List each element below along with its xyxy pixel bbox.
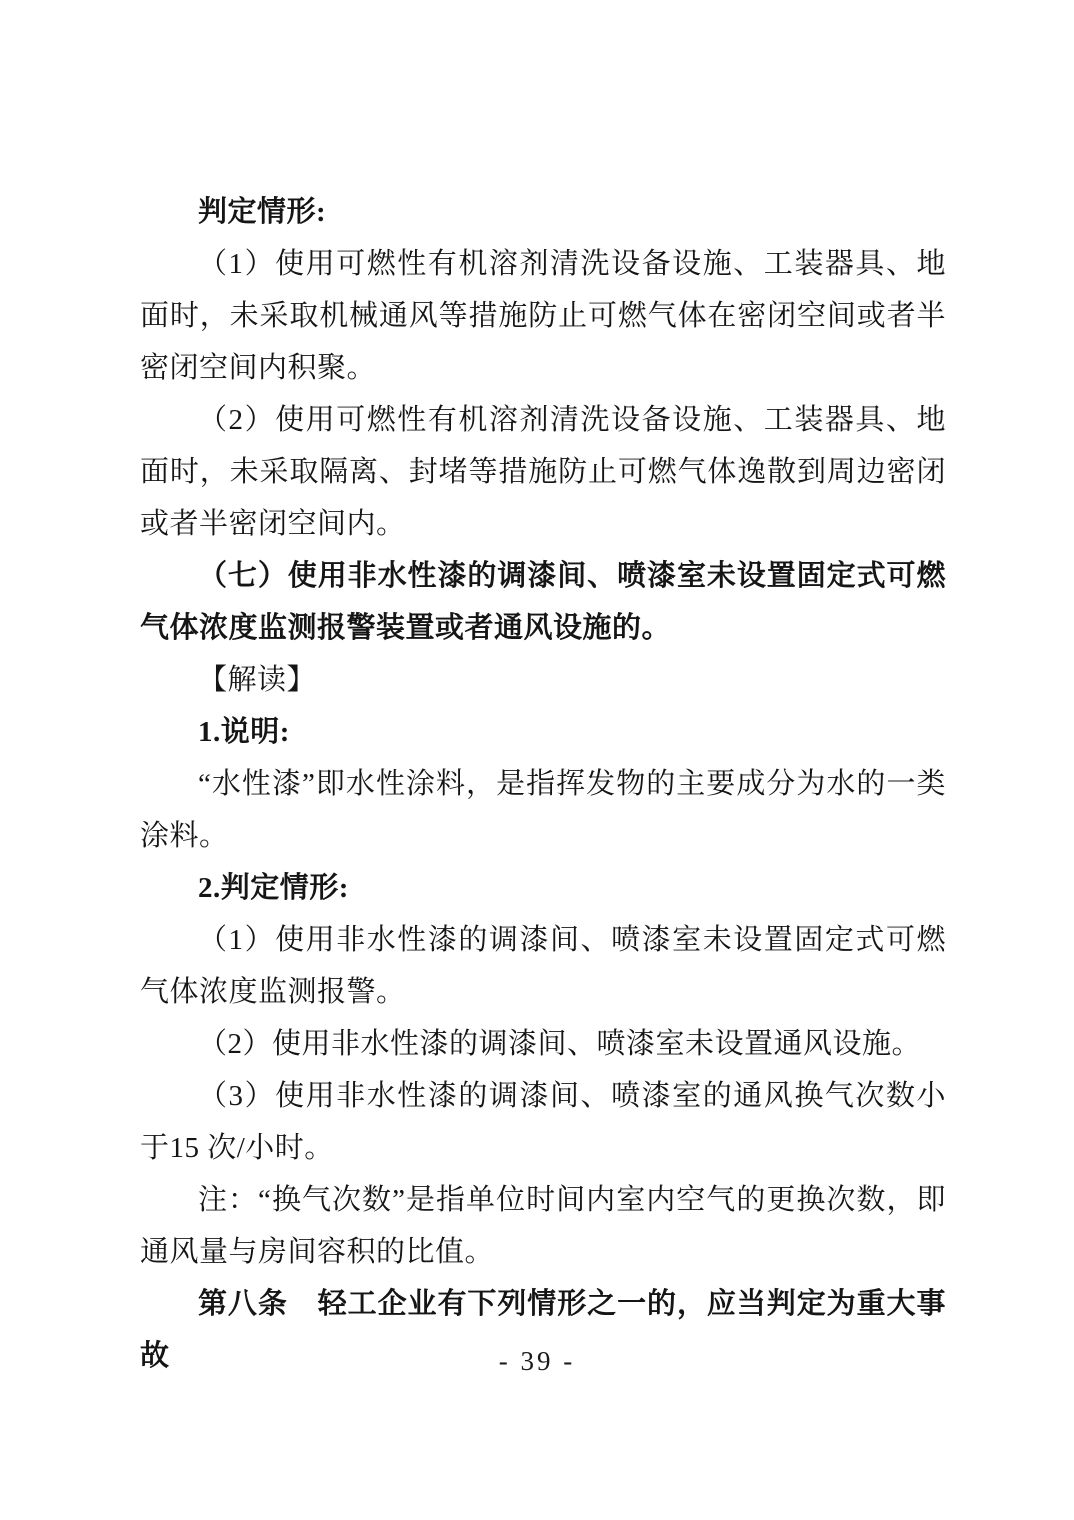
item-2-no-ventilation-facility: （2）使用非水性漆的调漆间、喷漆室未设置通风设施。	[140, 1018, 946, 1070]
item-2-flammable-solvent-isolation: （2）使用可燃性有机溶剂清洗设备设施、工装器具、地面时，未采取隔离、封堵等措施防…	[140, 394, 946, 550]
item-1-no-gas-concentration-alarm: （1）使用非水性漆的调漆间、喷漆室未设置固定式可燃气体浓度监测报警。	[140, 914, 946, 1018]
heading-determination-cases: 判定情形:	[140, 186, 946, 238]
page-footer: - 39 -	[0, 1346, 1074, 1377]
note-air-change-definition: 注：“换气次数”是指单位时间内室内空气的更换次数，即通风量与房间容积的比值。	[140, 1174, 946, 1278]
document-body: 判定情形: （1）使用可燃性有机溶剂清洗设备设施、工装器具、地面时，未采取机械通…	[140, 186, 946, 1382]
item-3-air-change-rate: （3）使用非水性漆的调漆间、喷漆室的通风换气次数小于15 次/小时。	[140, 1070, 946, 1174]
document-page: 判定情形: （1）使用可燃性有机溶剂清洗设备设施、工装器具、地面时，未采取机械通…	[0, 0, 1074, 1520]
heading-1-explanation: 1.说明:	[140, 706, 946, 758]
page-number: - 39 -	[499, 1346, 575, 1376]
heading-2-determination-cases: 2.判定情形:	[140, 862, 946, 914]
para-water-paint-definition: “水性漆”即水性涂料，是指挥发物的主要成分为水的一类涂料。	[140, 758, 946, 862]
interpretation-label: 【解读】	[140, 654, 946, 706]
item-1-flammable-solvent-ventilation: （1）使用可燃性有机溶剂清洗设备设施、工装器具、地面时，未采取机械通风等措施防止…	[140, 238, 946, 394]
clause-7-non-water-paint: （七）使用非水性漆的调漆间、喷漆室未设置固定式可燃气体浓度监测报警装置或者通风设…	[140, 550, 946, 654]
